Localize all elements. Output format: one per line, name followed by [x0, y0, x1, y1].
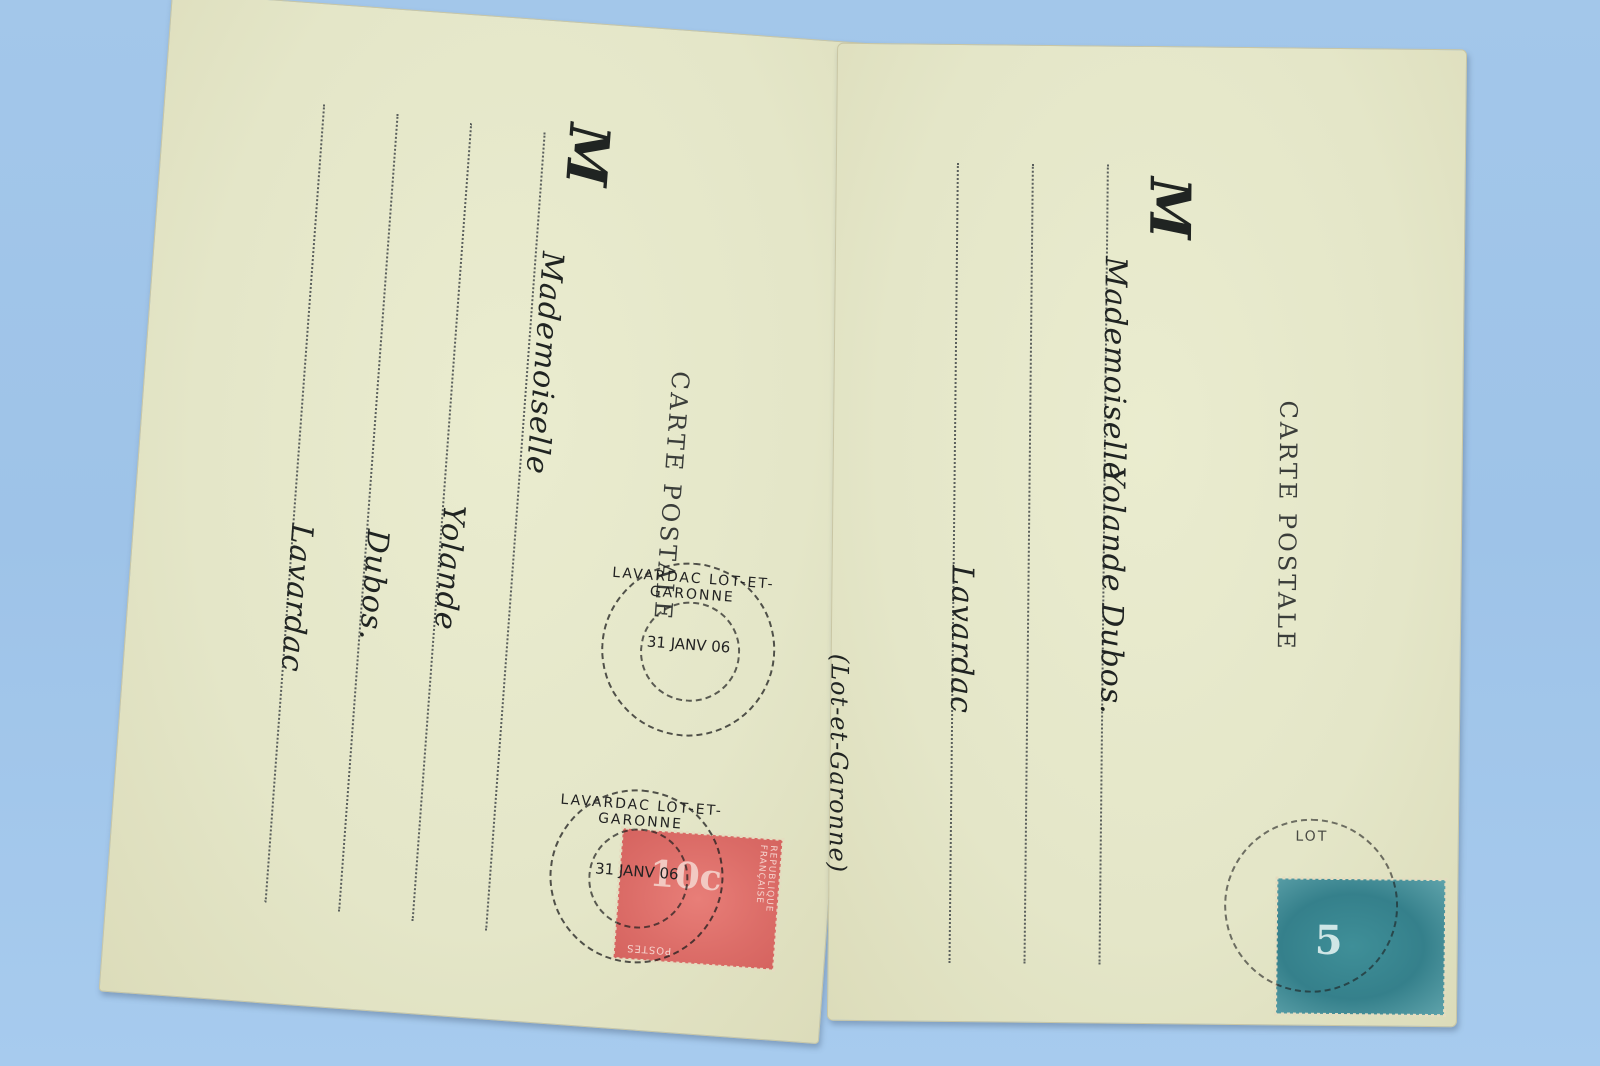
postcard-right: CARTE POSTALE M Mademoiselle Yolande Dub… — [827, 43, 1467, 1028]
address-line-1 — [949, 163, 959, 963]
postmark-ring-text: LOT — [1227, 828, 1397, 846]
stamp-country-label: REPUBLIQUE FRANÇAISE — [749, 844, 778, 969]
address-line-1 — [265, 104, 326, 902]
postmark-upper: LAVARDAC LOT-ET-GARONNE 31 JANV 06 — [595, 556, 781, 742]
handwriting-line-2: Yolande — [427, 504, 471, 632]
handwriting-initial-m: M — [1136, 177, 1203, 241]
postcard-left: CARTE POSTALE M Mademoiselle Yolande Dub… — [99, 0, 892, 1044]
handwriting-line-1: Mademoiselle — [1096, 256, 1133, 480]
address-line-2 — [1024, 164, 1034, 964]
handwriting-line-4: (Lot-et-Garonne) — [823, 654, 853, 874]
postmark-ring-text: LAVARDAC LOT-ET-GARONNE — [555, 791, 727, 835]
postmark-partial: LOT — [1223, 818, 1399, 994]
handwriting-line-2: Yolande Dubos. — [1093, 466, 1131, 714]
handwriting-line-3: Lavardac — [943, 565, 980, 714]
handwriting-line-3: Dubos. — [352, 528, 395, 642]
postmark-ring-text: LAVARDAC LOT-ET-GARONNE — [607, 565, 779, 609]
handwriting-line-1: Mademoiselle — [519, 250, 570, 476]
printed-title: CARTE POSTALE — [1272, 400, 1303, 652]
handwriting-initial-m: M — [552, 122, 622, 190]
address-line-2 — [338, 114, 399, 912]
handwriting-line-4: Lavardac — [274, 523, 320, 674]
